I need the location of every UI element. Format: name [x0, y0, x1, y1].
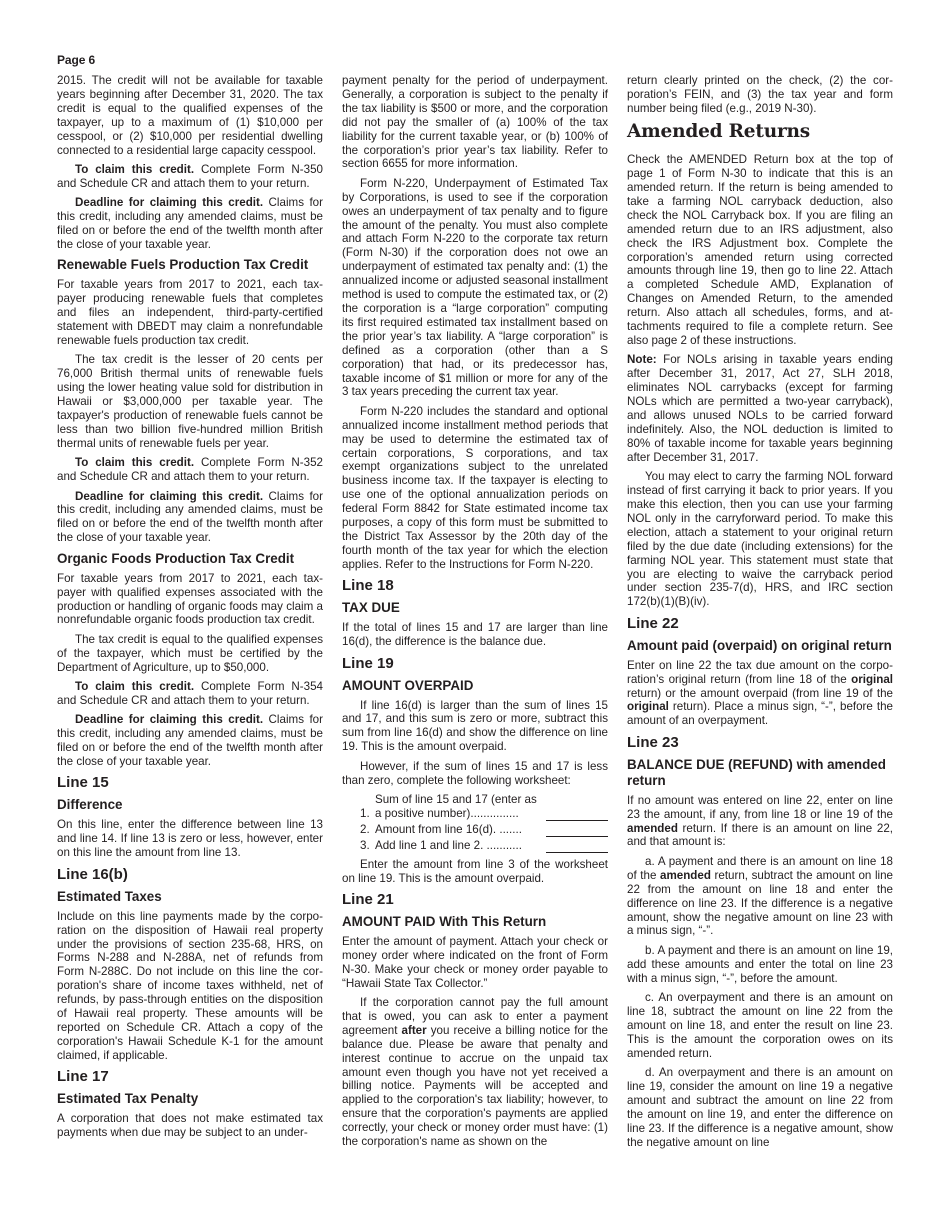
deadline-instruction: Deadline for claiming this credit. Claim… [57, 490, 323, 546]
column-left: 2015. The credit will not be available f… [57, 74, 323, 1145]
worksheet-row-1: 1. Sum of line 15 and 17 (enter asa posi… [360, 793, 608, 821]
paragraph: 2015. The credit will not be available f… [57, 74, 323, 157]
note-paragraph: Note: For NOLs arising in taxable years … [627, 353, 893, 464]
paragraph: A corporation that does not make estimat… [57, 1112, 323, 1140]
column-right: return clearly printed on the check, (2)… [627, 74, 893, 1155]
paragraph: Form N-220 includes the standard and opt… [342, 405, 608, 572]
paragraph: For taxable years from 2017 to 2021, eac… [57, 278, 323, 348]
case-c: c. An overpayment and there is an amount… [627, 991, 893, 1061]
paragraph: Enter the amount from line 3 of the work… [342, 858, 608, 886]
line-21-subheading: AMOUNT PAID With This Return [342, 914, 608, 930]
line-23-heading: Line 23 [627, 734, 893, 751]
worksheet-blank-line[interactable] [546, 841, 608, 853]
bold-lead: To claim this credit. [75, 456, 194, 469]
paragraph: For taxable years from 2017 to 2021, eac… [57, 572, 323, 628]
paragraph: You may elect to carry the farming NOL f… [627, 470, 893, 609]
page-number: Page 6 [57, 53, 95, 67]
line-18-heading: Line 18 [342, 577, 608, 594]
section-heading-renewable-fuels: Renewable Fuels Production Tax Credit [57, 257, 323, 273]
worksheet-row-2: 2. Amount from line 16(d). ....... [360, 823, 608, 837]
section-heading-organic-foods: Organic Foods Production Tax Credit [57, 551, 323, 567]
deadline-instruction: Deadline for claiming this credit. Claim… [57, 713, 323, 769]
paragraph: return clearly printed on the check, (2)… [627, 74, 893, 116]
line-17-heading: Line 17 [57, 1068, 323, 1085]
line-19-subheading: AMOUNT OVERPAID [342, 678, 608, 694]
line-21-heading: Line 21 [342, 891, 608, 908]
case-d: d. An overpayment and there is an amount… [627, 1066, 893, 1149]
deadline-instruction: Deadline for claiming this credit. Claim… [57, 196, 323, 252]
worksheet-blank-line[interactable] [546, 825, 608, 837]
paragraph: Include on this line payments made by th… [57, 910, 323, 1063]
line-16b-subheading: Estimated Taxes [57, 889, 323, 905]
paragraph: Form N-220, Underpayment of Estimated Ta… [342, 177, 608, 400]
bold-lead: Deadline for claiming this credit. [75, 490, 263, 503]
line-17-subheading: Estimated Tax Penalty [57, 1091, 323, 1107]
paragraph: If line 16(d) is larger than the sum of … [342, 699, 608, 755]
section-heading-amended-returns: Amended Returns [627, 121, 893, 143]
line-23-subheading: BALANCE DUE (REFUND) with amended return [627, 757, 893, 789]
paragraph: If the total of lines 15 and 17 are larg… [342, 621, 608, 649]
paragraph: payment penalty for the period of underp… [342, 74, 608, 171]
case-a: a. A payment and there is an amount on l… [627, 855, 893, 938]
paragraph: If no amount was entered on line 22, ent… [627, 794, 893, 850]
claim-credit-instruction: To claim this credit. Complete Form N-35… [57, 456, 323, 484]
claim-credit-instruction: To claim this credit. Complete Form N-35… [57, 680, 323, 708]
case-b: b. A payment and there is an amount on l… [627, 944, 893, 986]
line-18-subheading: TAX DUE [342, 600, 608, 616]
line-15-subheading: Difference [57, 797, 323, 813]
paragraph: The tax credit is equal to the qualified… [57, 633, 323, 675]
paragraph: Check the AMENDED Return box at the top … [627, 153, 893, 348]
paragraph: However, if the sum of lines 15 and 17 i… [342, 760, 608, 788]
bold-lead: Deadline for claiming this credit. [75, 196, 263, 209]
note-label: Note: [627, 353, 657, 366]
bold-lead: Deadline for claiming this credit. [75, 713, 263, 726]
paragraph: Enter on line 22 the tax due amount on t… [627, 659, 893, 729]
bold-lead: To claim this credit. [75, 163, 194, 176]
line-16b-heading: Line 16(b) [57, 866, 323, 883]
line-15-heading: Line 15 [57, 774, 323, 791]
paragraph: If the corporation cannot pay the full a… [342, 996, 608, 1149]
line-22-heading: Line 22 [627, 615, 893, 632]
paragraph: The tax credit is the lesser of 20 cents… [57, 353, 323, 450]
line-22-subheading: Amount paid (overpaid) on original retur… [627, 638, 893, 654]
worksheet-blank-line[interactable] [546, 809, 608, 821]
overpaid-worksheet: 1. Sum of line 15 and 17 (enter asa posi… [360, 793, 608, 853]
line-19-heading: Line 19 [342, 655, 608, 672]
worksheet-row-3: 3. Add line 1 and line 2. ........... [360, 839, 608, 853]
claim-credit-instruction: To claim this credit. Complete Form N-35… [57, 163, 323, 191]
paragraph: On this line, enter the difference betwe… [57, 818, 323, 860]
column-middle: payment penalty for the period of underp… [342, 74, 608, 1155]
paragraph: Enter the amount of payment. Attach your… [342, 935, 608, 991]
bold-lead: To claim this credit. [75, 680, 194, 693]
